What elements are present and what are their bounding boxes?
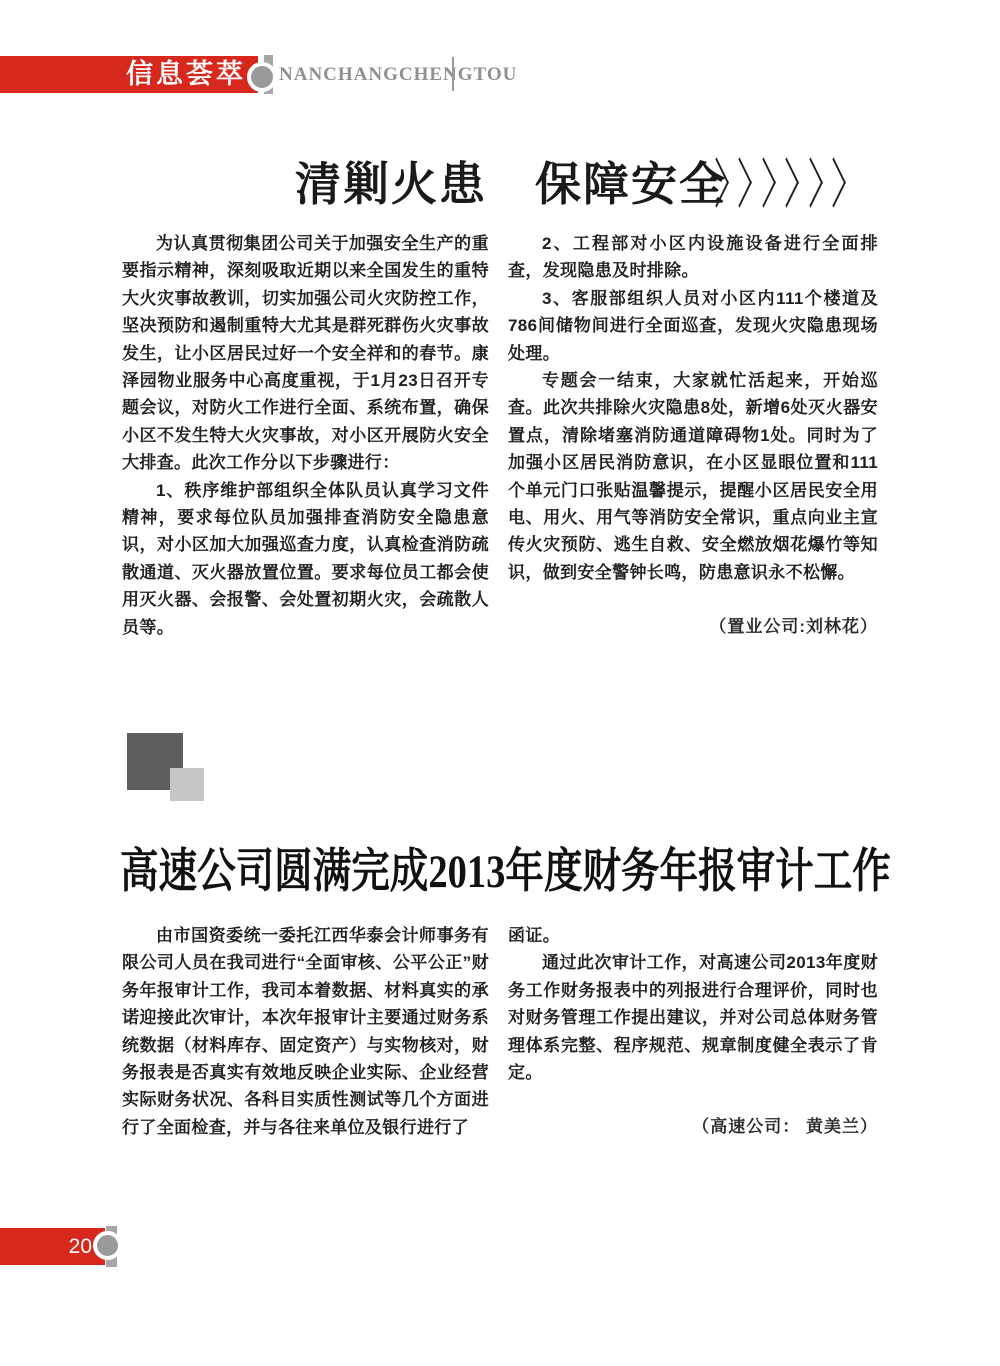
section-banner: 信息荟萃 bbox=[0, 56, 258, 93]
article2-right-column: 函证。 通过此次审计工作，对高速公司2013年度财务工作财务报表中的列报进行合理… bbox=[508, 922, 878, 1086]
bullet-dot-icon bbox=[93, 1231, 122, 1260]
chevron-icon bbox=[797, 156, 821, 208]
paragraph: 2、工程部对小区内设施设备进行全面排查，发现隐患及时排除。 bbox=[508, 230, 878, 285]
article1-title: 清剿火患 保障安全 bbox=[295, 148, 727, 214]
paragraph: 为认真贯彻集团公司关于加强安全生产的重要指示精神，深刻吸取近期以来全国发生的重特… bbox=[122, 230, 489, 477]
paragraph: 3、客服部组织人员对小区内111个楼道及786间储物间进行全面巡查，发现火灾隐患… bbox=[508, 285, 878, 367]
chevron-icon bbox=[727, 156, 751, 208]
section-label: 信息荟萃 bbox=[126, 61, 246, 88]
paragraph: 专题会一结束，大家就忙活起来，开始巡查。此次共排除火灾隐患8处，新增6处灭火器安… bbox=[508, 367, 878, 586]
article2-title: 高速公司圆满完成2013年度财务年报审计工作 bbox=[120, 834, 891, 901]
page-number: 20 bbox=[69, 1236, 92, 1257]
article2-left-column: 由市国资委统一委托江西华泰会计师事务有限公司人员在我司进行“全面审核、公平公正”… bbox=[122, 922, 489, 1141]
paragraph: 由市国资委统一委托江西华泰会计师事务有限公司人员在我司进行“全面审核、公平公正”… bbox=[122, 922, 489, 1141]
article1-left-column: 为认真贯彻集团公司关于加强安全生产的重要指示精神，深刻吸取近期以来全国发生的重特… bbox=[122, 230, 489, 641]
magazine-page: 信息荟萃 NANCHANGCHENGTOU 清剿火患 保障安全 为认真贯彻集团公… bbox=[0, 0, 1000, 1366]
chevrons-icon bbox=[703, 156, 844, 208]
header-end-rule bbox=[452, 57, 454, 91]
chevron-icon bbox=[703, 156, 727, 208]
paragraph: 1、秩序维护部组织全体队员认真学习文件精神，要求每位队员加强排查消防安全隐患意识… bbox=[122, 477, 489, 641]
paragraph: 函证。 bbox=[508, 922, 878, 949]
page-number-banner: 20 bbox=[0, 1228, 105, 1265]
light-square-decoration bbox=[170, 768, 204, 801]
chevron-icon bbox=[774, 156, 798, 208]
chevron-icon bbox=[821, 156, 845, 208]
paragraph: 通过此次审计工作，对高速公司2013年度财务工作财务报表中的列报进行合理评价，同… bbox=[508, 949, 878, 1086]
article1-right-column: 2、工程部对小区内设施设备进行全面排查，发现隐患及时排除。 3、客服部组织人员对… bbox=[508, 230, 878, 586]
article1-attribution: （置业公司:刘林花） bbox=[508, 612, 878, 637]
bullet-dot-icon bbox=[247, 62, 277, 92]
article2-attribution: （高速公司： 黄美兰） bbox=[508, 1112, 878, 1137]
chevron-icon bbox=[750, 156, 774, 208]
journal-name: NANCHANGCHENGTOU bbox=[279, 64, 517, 86]
